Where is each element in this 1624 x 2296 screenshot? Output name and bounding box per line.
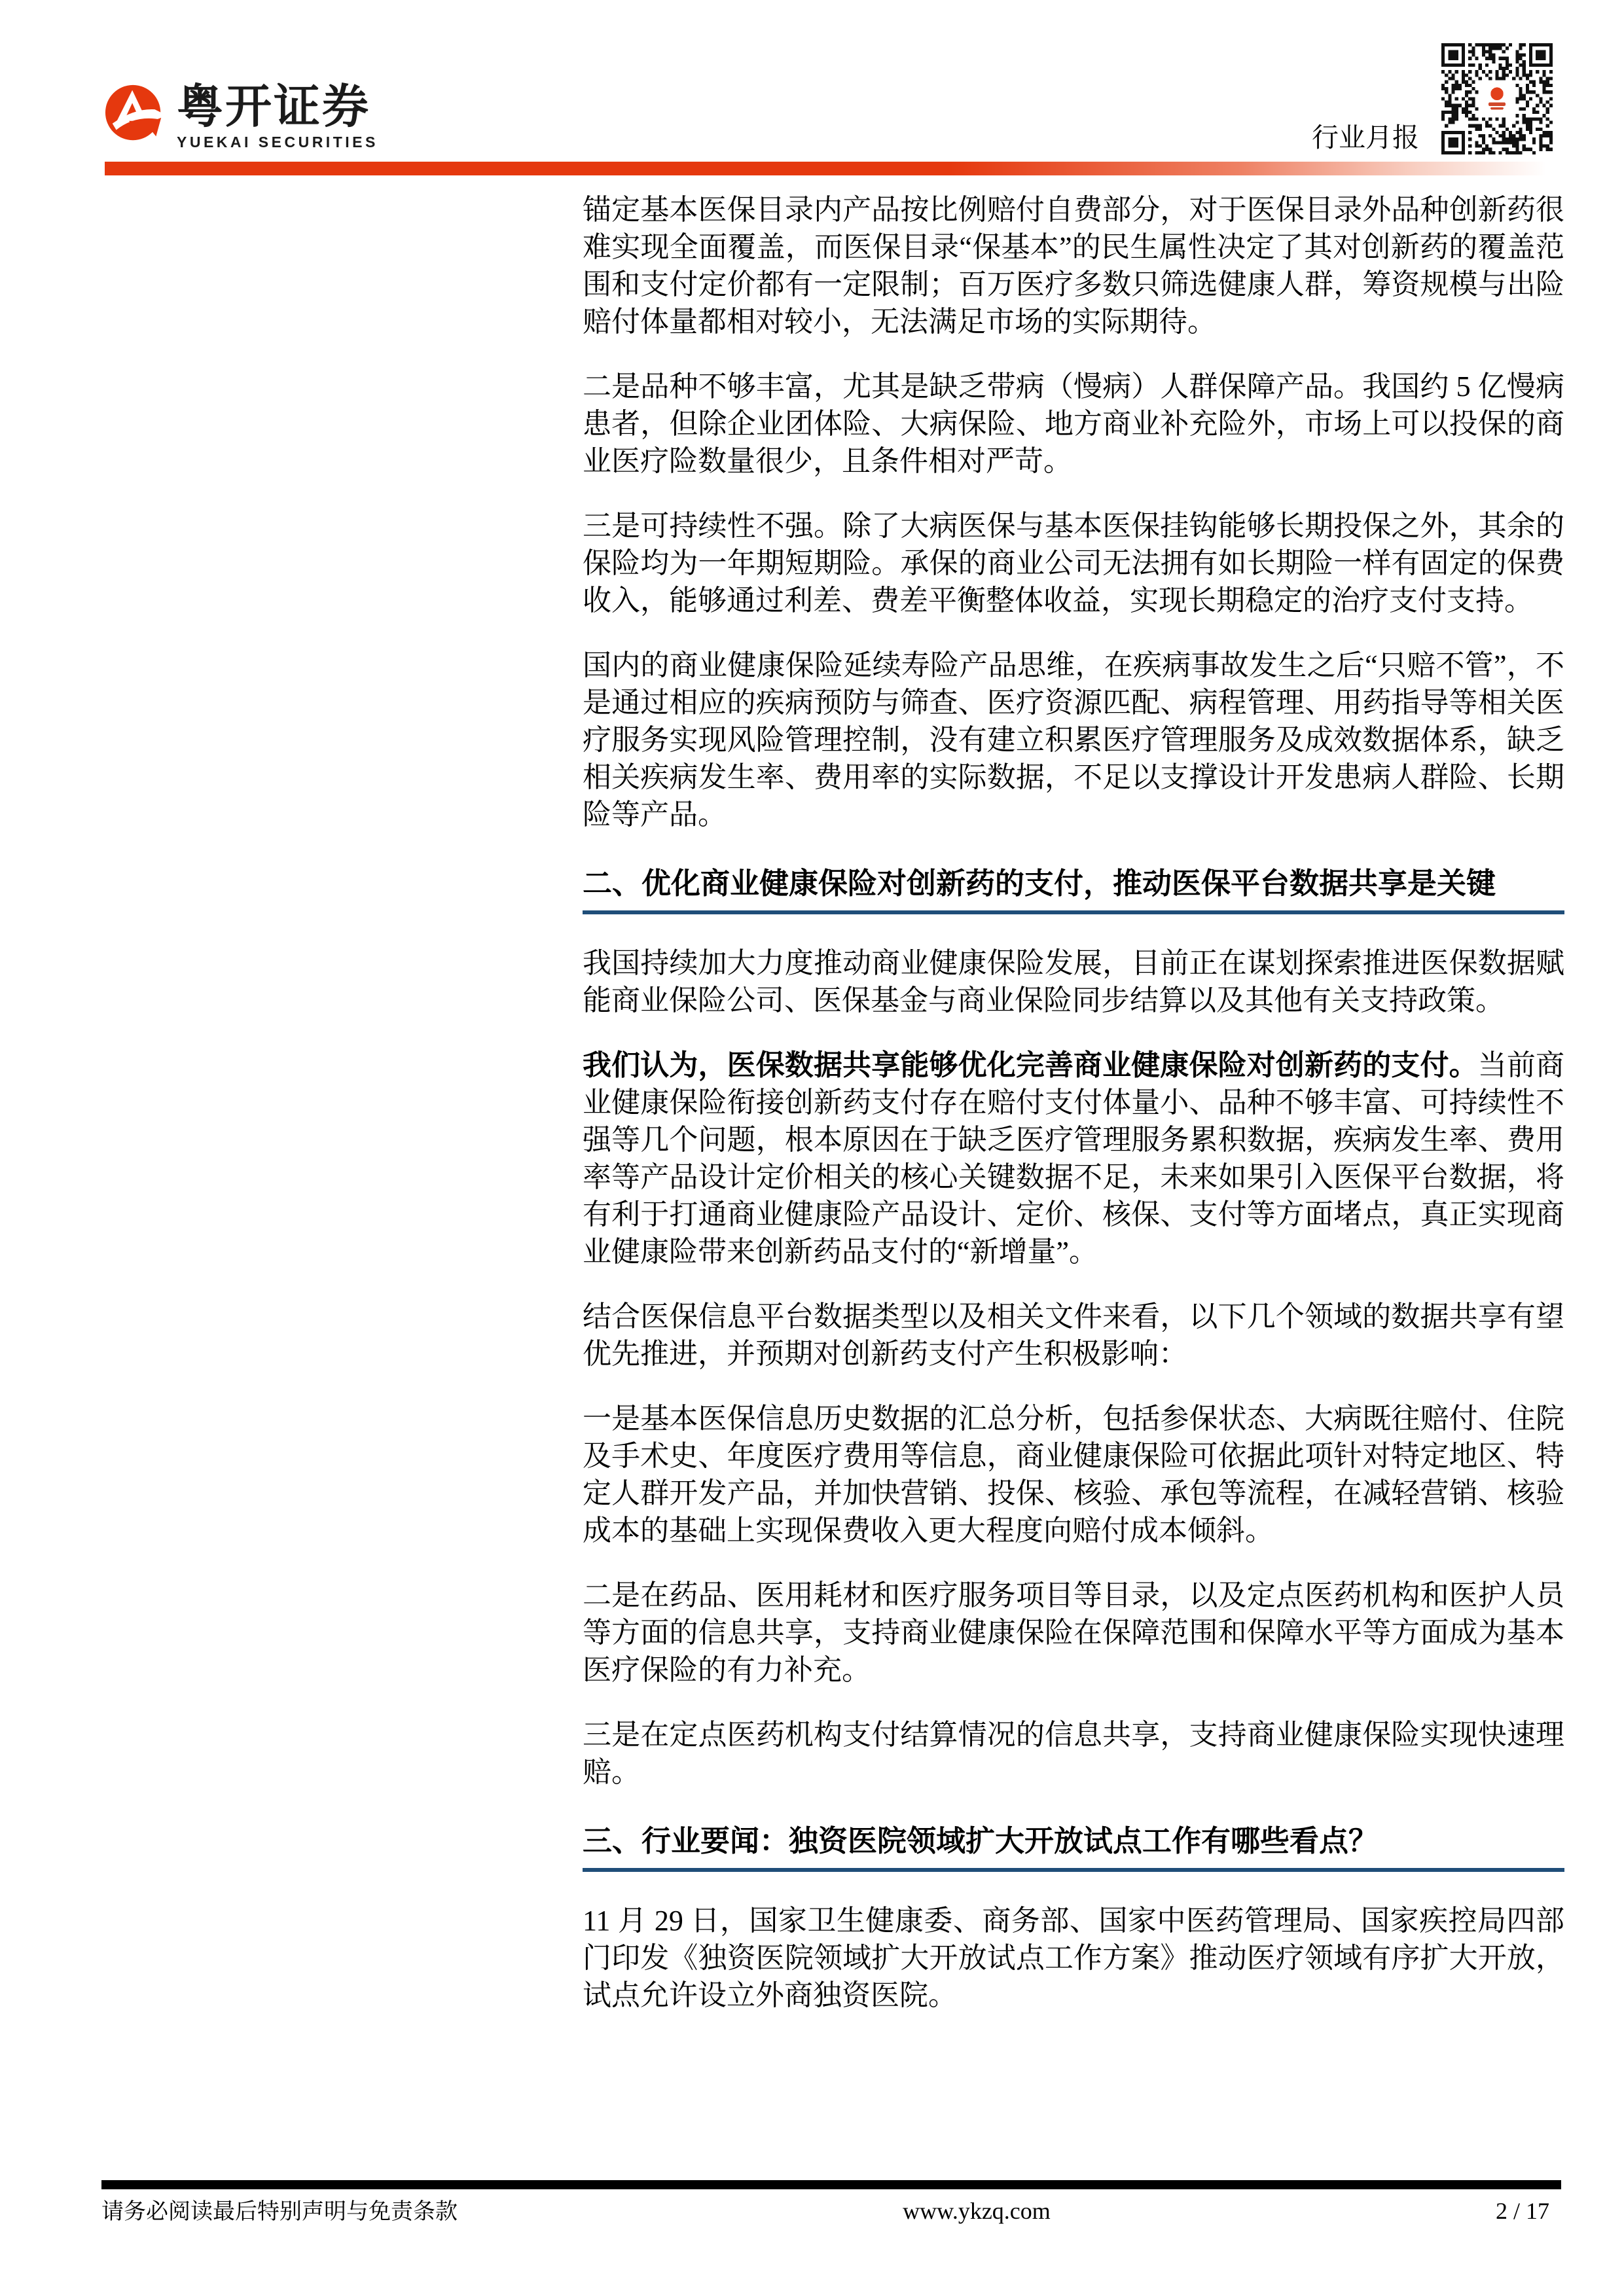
brand-text: 粤开证券 YUEKAI SECURITIES: [177, 82, 378, 151]
body-paragraph: 三是在定点医药机构支付结算情况的信息共享，支持商业健康保险实现快速理赔。: [583, 1716, 1564, 1791]
body-paragraph: 国内的商业健康保险延续寿险产品思维，在疾病事故发生之后“只赔不管”，不是通过相应…: [583, 647, 1564, 833]
section-heading: 二、优化商业健康保险对创新药的支付，推动医保平台数据共享是关键: [583, 865, 1564, 914]
footer-rule: [101, 2180, 1561, 2189]
body-paragraph: 我们认为，医保数据共享能够优化完善商业健康保险对创新药的支付。当前商业健康保险衔…: [583, 1047, 1564, 1270]
brand-logo: 粤开证券 YUEKAI SECURITIES: [103, 82, 378, 151]
body-paragraph: 结合医保信息平台数据类型以及相关文件来看，以下几个领域的数据共享有望优先推进，并…: [583, 1298, 1564, 1372]
page-number: 2 / 17: [1496, 2197, 1549, 2225]
body-paragraph: 三是可持续性不强。除了大病医保与基本医保挂钩能够长期投保之外，其余的保险均为一年…: [583, 507, 1564, 619]
brand-name-en: YUEKAI SECURITIES: [177, 134, 378, 151]
report-type-label: 行业月报: [1312, 122, 1419, 153]
report-body: 锚定基本医保目录内产品按比例赔付自费部分，对于医保目录外品种创新药很难实现全面覆…: [583, 191, 1564, 2041]
body-paragraph: 11 月 29 日，国家卫生健康委、商务部、国家中医药管理局、国家疾控局四部门印…: [583, 1902, 1564, 2014]
qr-code-icon: [1441, 43, 1553, 154]
body-paragraph: 锚定基本医保目录内产品按比例赔付自费部分，对于医保目录外品种创新药很难实现全面覆…: [583, 191, 1564, 340]
body-paragraph: 一是基本医保信息历史数据的汇总分析，包括参保状态、大病既往赔付、住院及手术史、年…: [583, 1400, 1564, 1549]
brand-name-cn: 粤开证券: [177, 82, 378, 132]
header-accent-rule: [105, 162, 1561, 175]
body-paragraph: 二是品种不够丰富，尤其是缺乏带病（慢病）人群保障产品。我国约 5 亿慢病患者，但…: [583, 368, 1564, 480]
body-paragraph: 二是在药品、医用耗材和医疗服务项目等目录，以及定点医药机构和医护人员等方面的信息…: [583, 1577, 1564, 1689]
footer-row: 请务必阅读最后特别声明与免责条款 www.ykzq.com 2 / 17: [101, 2193, 1549, 2225]
paragraph-lead-emphasis: 我们认为，医保数据共享能够优化完善商业健康保险对创新药的支付。: [583, 1049, 1478, 1081]
disclaimer-note: 请务必阅读最后特别声明与免责条款: [101, 2193, 458, 2225]
report-page: 粤开证券 YUEKAI SECURITIES 行业月报 锚定基本医保目录内产品按…: [0, 0, 1624, 2296]
website-link[interactable]: www.ykzq.com: [903, 2197, 1051, 2225]
section-heading: 三、行业要闻：独资医院领域扩大开放试点工作有哪些看点？: [583, 1822, 1564, 1872]
body-paragraph: 我国持续加大力度推动商业健康保险发展，目前正在谋划探索推进医保数据赋能商业保险公…: [583, 944, 1564, 1019]
brand-logo-icon: [103, 82, 168, 147]
